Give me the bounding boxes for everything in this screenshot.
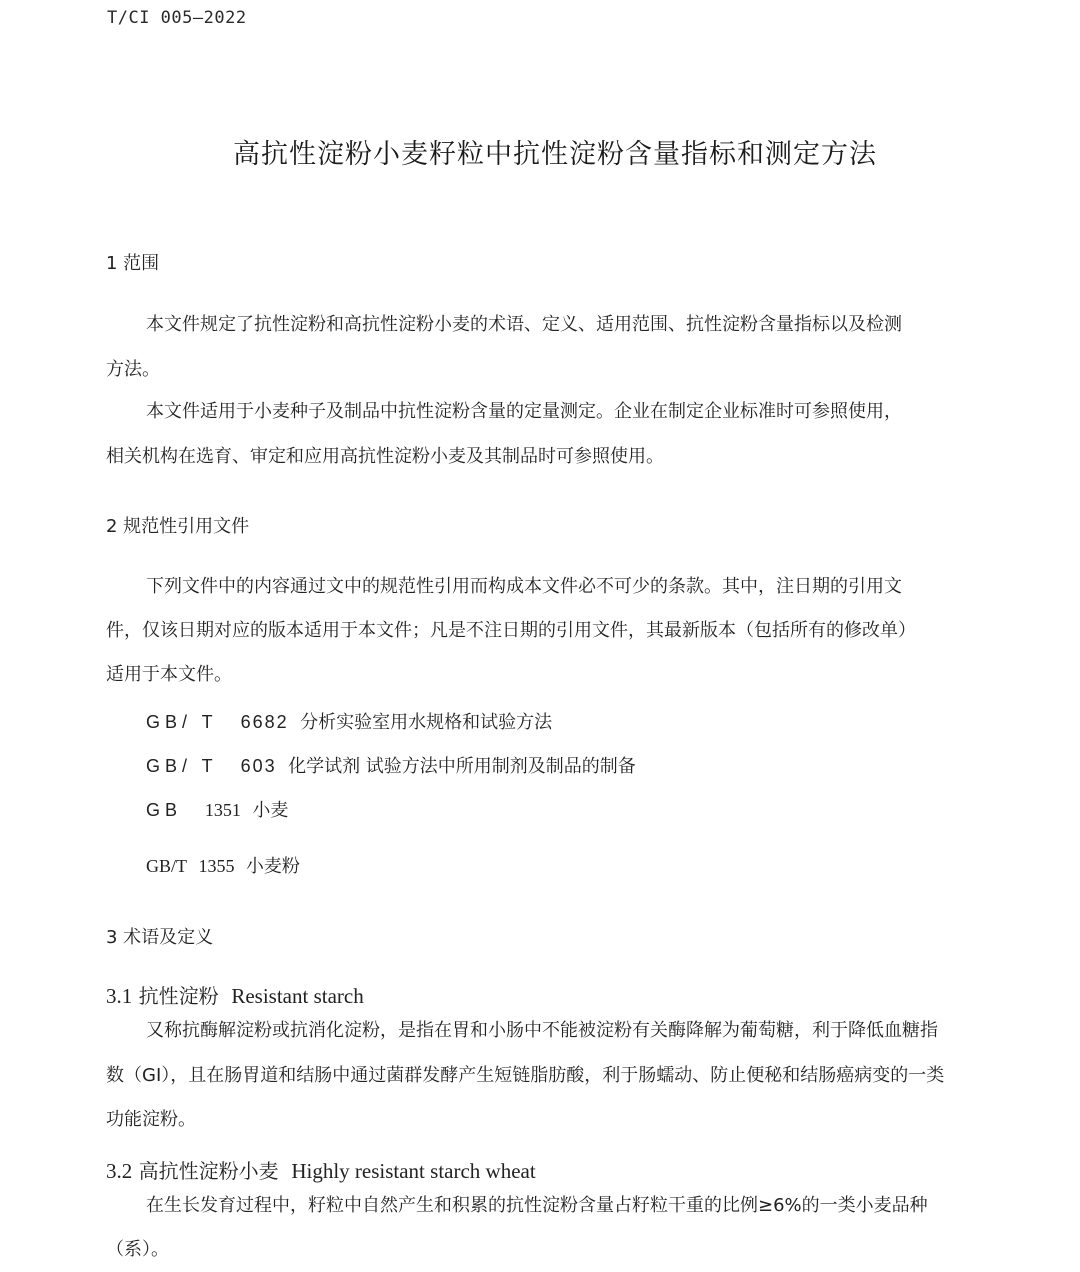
definition-line: 在生长发育过程中，籽粒中自然产生和积累的抗性淀粉含量占籽粒干重的比例≥6%的一类… — [146, 1197, 928, 1215]
term-name-en: Highly resistant starch wheat — [291, 1159, 535, 1183]
term-name-cn: 高抗性淀粉小麦 — [139, 1159, 279, 1183]
reference-code: GB/ T — [146, 756, 218, 776]
term-name-en: Resistant starch — [231, 984, 363, 1008]
section-heading-normative-references: 2 规范性引用文件 — [106, 512, 249, 538]
reference-item: GB 1351 小麦 — [146, 796, 288, 822]
reference-item: GB/ T 603 化学试剂 试验方法中所用制剂及制品的制备 — [146, 752, 636, 778]
term-heading: 3.2 高抗性淀粉小麦 Highly resistant starch whea… — [106, 1155, 536, 1184]
definition-line: （系）。 — [106, 1241, 169, 1259]
reference-title: 小麦粉 — [246, 856, 300, 877]
reference-number: 1351 — [205, 800, 241, 820]
term-number: 3.1 — [106, 984, 132, 1008]
reference-title: 小麦 — [252, 800, 288, 821]
paragraph-line: 方法。 — [106, 361, 160, 379]
paragraph-line: 适用于本文件。 — [106, 666, 232, 684]
definition-line: 又称抗酶解淀粉或抗消化淀粉，是指在胃和小肠中不能被淀粉有关酶降解为葡萄糖，利于降… — [146, 1022, 938, 1040]
reference-number: 1355 — [198, 856, 234, 876]
reference-code: GB — [146, 800, 182, 820]
reference-item: GB/T 1355 小麦粉 — [146, 852, 300, 878]
reference-code: GB/ T — [146, 712, 218, 732]
definition-line: 数（GI），且在肠胃道和结肠中通过菌群发酵产生短链脂肪酸，利于肠蠕动、防止便秘和… — [106, 1067, 944, 1085]
standard-code: T/CI 005—2022 — [107, 8, 247, 28]
reference-code: GB/T — [146, 856, 187, 876]
document-title: 高抗性淀粉小麦籽粒中抗性淀粉含量指标和测定方法 — [0, 132, 1080, 171]
paragraph-line: 本文件适用于小麦种子及制品中抗性淀粉含量的定量测定。企业在制定企业标准时可参照使… — [146, 403, 902, 421]
paragraph-line: 相关机构在选育、审定和应用高抗性淀粉小麦及其制品时可参照使用。 — [106, 448, 664, 466]
term-name-cn: 抗性淀粉 — [139, 984, 219, 1008]
definition-line: 功能淀粉。 — [106, 1111, 196, 1129]
term-number: 3.2 — [106, 1159, 132, 1183]
section-heading-scope: 1 范围 — [106, 249, 159, 275]
term-heading: 3.1 抗性淀粉 Resistant starch — [106, 980, 364, 1009]
reference-number: 603 — [241, 756, 277, 776]
paragraph-line: 本文件规定了抗性淀粉和高抗性淀粉小麦的术语、定义、适用范围、抗性淀粉含量指标以及… — [146, 316, 902, 334]
paragraph-line: 件，仅该日期对应的版本适用于本文件；凡是不注日期的引用文件，其最新版本（包括所有… — [106, 622, 916, 640]
reference-number: 6682 — [241, 712, 289, 732]
section-heading-terms-definitions: 3 术语及定义 — [106, 923, 213, 949]
paragraph-line: 下列文件中的内容通过文中的规范性引用而构成本文件必不可少的条款。其中，注日期的引… — [146, 578, 902, 596]
reference-item: GB/ T 6682 分析实验室用水规格和试验方法 — [146, 708, 552, 734]
reference-title: 化学试剂 试验方法中所用制剂及制品的制备 — [288, 756, 636, 777]
reference-title: 分析实验室用水规格和试验方法 — [300, 712, 552, 733]
